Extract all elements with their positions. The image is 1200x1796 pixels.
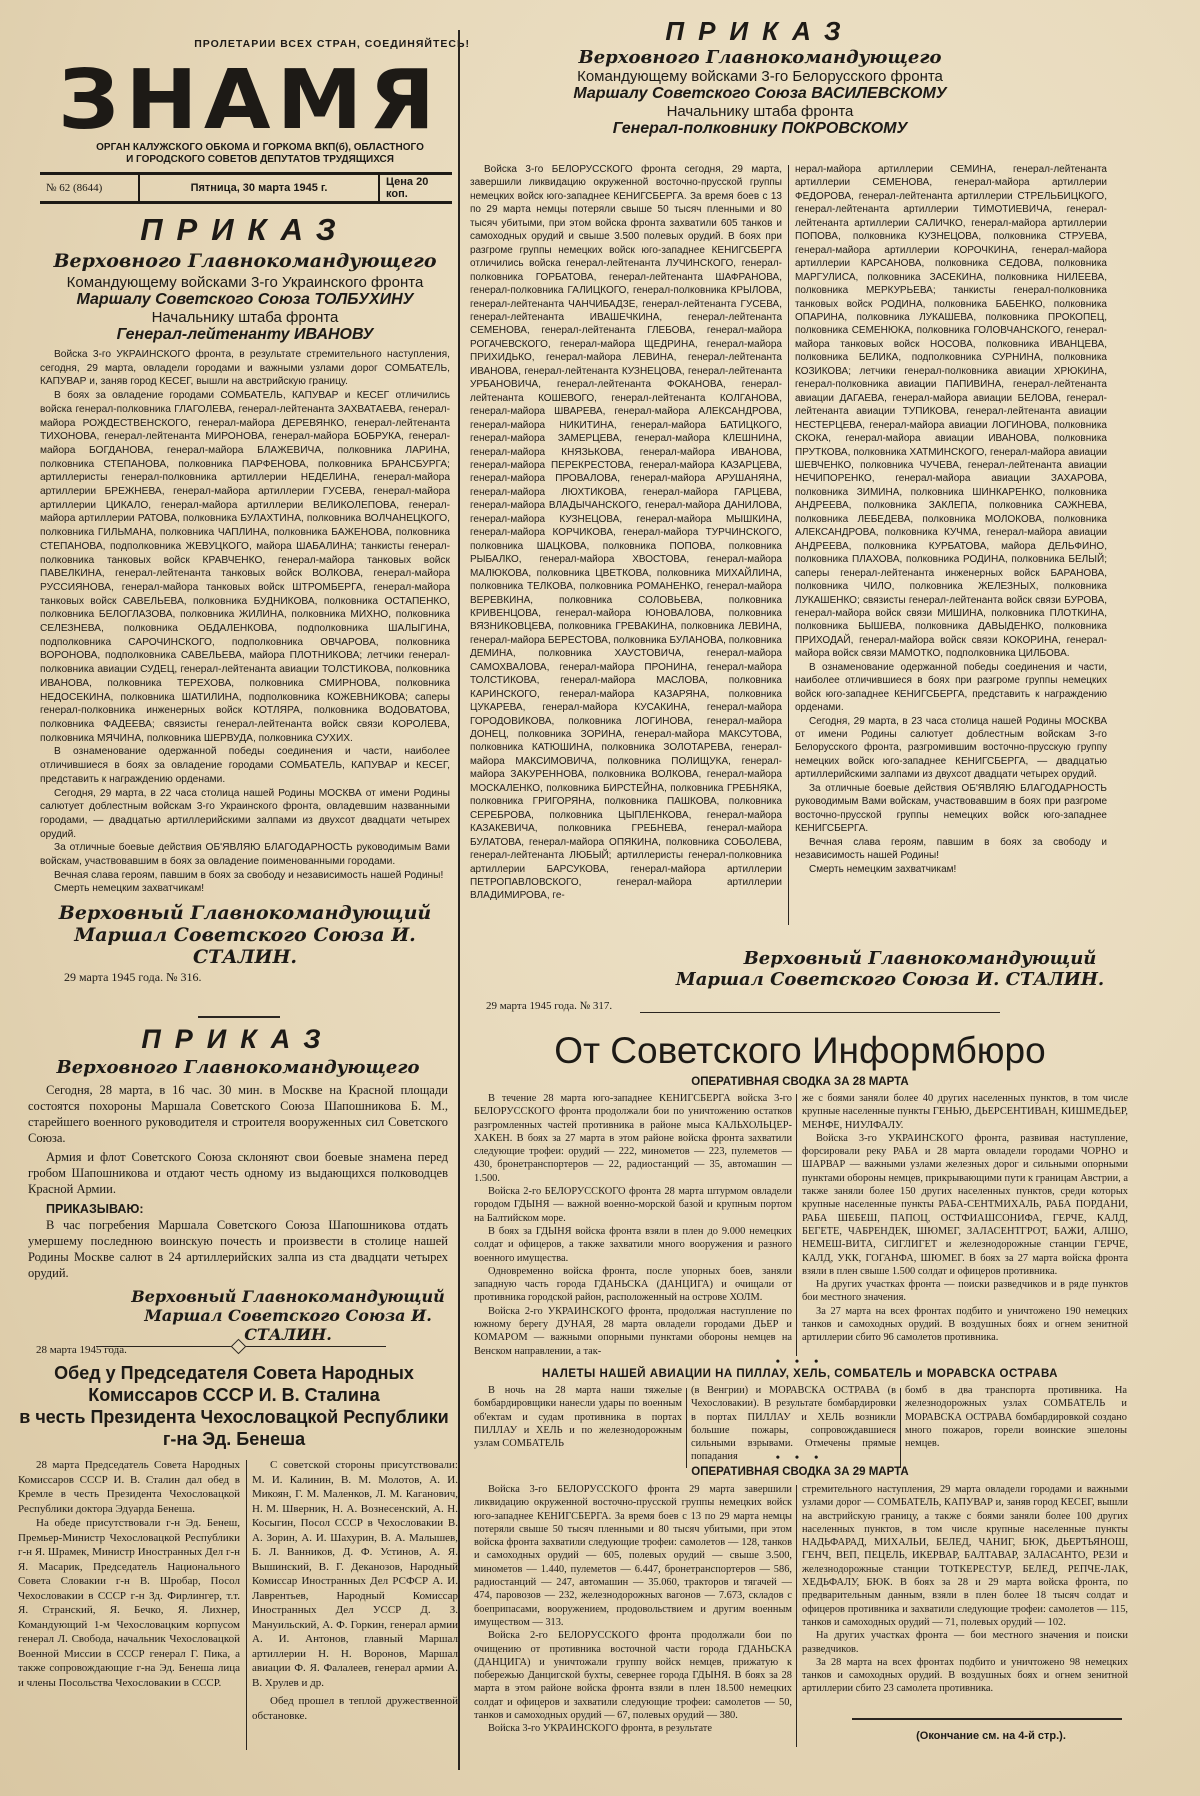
order-316-para-5: За отличные боевые действия ОБ'ЯВЛЯЮ БЛА…	[40, 841, 450, 868]
dinner-col-2: С советской стороны присутствовали: М. И…	[252, 1458, 458, 1723]
dinner-headline-2: Комиссаров СССР И. В. Сталина	[14, 1384, 454, 1406]
order-317-addressee-2: Маршалу Советского Союза ВАСИЛЕВСКОМУ	[350, 85, 1170, 103]
order-317-addressee-1: Командующему войсками 3-го Белорусского …	[350, 68, 1170, 85]
organ-line-2: И ГОРОДСКОГО СОВЕТОВ ДЕПУТАТОВ ТРУДЯЩИХС…	[60, 154, 460, 166]
dinner-headline-1: Обед у Председателя Совета Народных	[14, 1362, 454, 1384]
order-316-para-4: Сегодня, 29 марта, в 22 часа столица наш…	[40, 787, 450, 842]
summary-28-para-5: Войска 2-го УКРАИНСКОГО фронта, продолжа…	[474, 1305, 792, 1358]
order-316-kicker: ПРИКАЗ	[40, 212, 450, 248]
dinner-col-1: 28 марта Председатель Совета Народных Ко…	[18, 1458, 240, 1690]
order-shaposhnikov-body: Сегодня, 28 марта, в 16 час. 30 мин. в М…	[28, 1082, 448, 1281]
order-317-kicker: ПРИКАЗ	[350, 16, 1170, 47]
issue-date: Пятница, 30 марта 1945 г.	[138, 175, 378, 201]
raids-title: НАЛЕТЫ НАШЕЙ АВИАЦИИ НА ПИЛЛАУ, ХЕЛЬ, СО…	[470, 1368, 1130, 1380]
order-317-signature-name: Маршал Советского Союза И. СТАЛИН.	[660, 969, 1120, 990]
summary-28-para-8: На других участках фронта — поиски разве…	[802, 1278, 1128, 1305]
order-317-col-2: нерал-майора артиллерии СЕМИНА, генерал-…	[795, 163, 1107, 941]
summary-28-column-rule	[796, 1094, 797, 1356]
section-dots: • • •	[470, 1450, 1130, 1465]
order-316-addressee-3: Начальнику штаба фронта	[40, 309, 450, 326]
order-shaposhnikov-signature-title: Верховный Главнокомандующий	[128, 1287, 448, 1306]
summary-29-para-4: стремительного наступления, 29 марта овл…	[802, 1483, 1128, 1629]
summary-29-para-2: Войска 2-го БЕЛОРУССКОГО фронта продолжа…	[474, 1629, 792, 1722]
diamond-separator	[96, 1340, 386, 1352]
order-shaposhnikov: ПРИКАЗ Верховного Главнокомандующего Сег…	[28, 1024, 448, 1356]
summary-28-title: ОПЕРАТИВНАЯ СВОДКА ЗА 28 МАРТА	[470, 1076, 1130, 1088]
order-316-signature-title: Верховный Главнокомандующий	[40, 902, 450, 924]
continued-note: (Окончание см. на 4-й стр.).	[860, 1730, 1122, 1742]
order-shaposhnikov-kicker: ПРИКАЗ	[28, 1024, 448, 1055]
summary-29-col-1: Войска 3-го БЕЛОРУССКОГО фронта 29 марта…	[474, 1483, 792, 1753]
order-shaposhnikov-subtitle: Верховного Главнокомандующего	[28, 1057, 448, 1078]
order-316: ПРИКАЗ Верховного Главнокомандующего Ком…	[40, 212, 450, 985]
issue-number: № 62 (8644)	[40, 175, 138, 201]
summary-29-title: ОПЕРАТИВНАЯ СВОДКА ЗА 29 МАРТА	[470, 1466, 1130, 1478]
order-316-addressee-2: Маршалу Советского Союза ТОЛБУХИНУ	[40, 291, 450, 309]
order-317-col-1: Войска 3-го БЕЛОРУССКОГО фронта сегодня,…	[470, 163, 782, 923]
dinner-article: Обед у Председателя Совета Народных Коми…	[14, 1362, 454, 1450]
summary-29-column-rule	[796, 1485, 797, 1747]
dinner-column-rule	[246, 1460, 247, 1750]
order-317-para-1: Войска 3-го БЕЛОРУССКОГО фронта сегодня,…	[470, 163, 782, 903]
informburo-headline: От Советского Информбюро	[470, 1030, 1130, 1072]
dinner-para-1: 28 марта Председатель Совета Народных Ко…	[18, 1458, 240, 1516]
order-317-dateline: 29 марта 1945 года. № 317.	[486, 1000, 612, 1012]
dinner-para-3: С советской стороны присутствовали: М. И…	[252, 1458, 458, 1690]
summary-28-para-2: Войска 2-го БЕЛОРУССКОГО фронта 28 марта…	[474, 1185, 792, 1225]
summary-28-para-6: же с боями заняли более 40 других населе…	[802, 1092, 1128, 1132]
order-316-para-2: В боях за овладение городами СОМБАТЕЛЬ, …	[40, 389, 450, 745]
organ-line-1: ОРГАН КАЛУЖСКОГО ОБКОМА И ГОРКОМА ВКП(б)…	[60, 142, 460, 154]
order-317-column-rule	[788, 165, 789, 925]
order-316-dateline: 29 марта 1945 года. № 316.	[64, 970, 450, 985]
summary-28-para-3: В боях за ГДЫНЯ войска фронта взяли в пл…	[474, 1225, 792, 1265]
order-317-para-4: Сегодня, 29 марта, в 23 часа столица наш…	[795, 715, 1107, 782]
summary-29-para-1: Войска 3-го БЕЛОРУССКОГО фронта 29 марта…	[474, 1483, 792, 1629]
order-316-para-1: Войска 3-го УКРАИНСКОГО фронта, в резуль…	[40, 348, 450, 389]
summary-29-para-3: Войска 3-го УКРАИНСКОГО фронта, в резуль…	[474, 1722, 792, 1735]
separator	[852, 1718, 1122, 1720]
order-317-header: ПРИКАЗ Верховного Главнокомандующего Ком…	[470, 16, 1170, 138]
order-316-body: Войска 3-го УКРАИНСКОГО фронта, в резуль…	[40, 348, 450, 896]
order-317-para-5: За отличные боевые действия ОБ'ЯВЛЯЮ БЛА…	[795, 782, 1107, 836]
dinner-headline-4: г-на Эд. Бенеша	[14, 1428, 454, 1450]
dinner-headline-3: в честь Президента Чехословацкой Республ…	[14, 1406, 454, 1428]
order-317-para-6: Вечная слава героям, павшим в боях за св…	[795, 836, 1107, 863]
order-shaposhnikov-para-3: В час погребения Маршала Советского Союз…	[28, 1217, 448, 1281]
raids-para-1: В ночь на 28 марта наши тяжелые бомбарди…	[474, 1384, 682, 1450]
order-317-subtitle: Верховного Главнокомандующего	[350, 47, 1170, 68]
summary-29-para-6: За 28 марта на всех фронтах подбито и ун…	[802, 1656, 1128, 1696]
summary-28-para-4: Одновременно войска фронта, после упорны…	[474, 1265, 792, 1305]
issue-price: Цена 20 коп.	[378, 175, 452, 201]
summary-28-para-7: Войска 3-го УКРАИНСКОГО фронта, развивая…	[802, 1132, 1128, 1278]
order-316-para-7: Смерть немецким захватчикам!	[40, 882, 450, 896]
order-shaposhnikov-para-2: Армия и флот Советского Союза склоняют с…	[28, 1149, 448, 1197]
order-shaposhnikov-signature-name: Маршал Советского Союза И. СТАЛИН.	[128, 1306, 448, 1344]
separator	[198, 1016, 280, 1018]
summary-28-para-1: В течение 28 марта юго-западнее КЕНИГСБЕ…	[474, 1092, 792, 1185]
order-317-addressee-4: Генерал-полковнику ПОКРОВСКОМУ	[350, 120, 1170, 138]
summary-29-para-5: На других участках фронта — бои местного…	[802, 1629, 1128, 1656]
dinner-para-4: Обед прошел в теплой дружественной обста…	[252, 1694, 458, 1723]
separator	[640, 1012, 1000, 1013]
order-shaposhnikov-command: ПРИКАЗЫВАЮ:	[28, 1201, 448, 1217]
raids-para-3: бомб в два транспорта противника. На жел…	[905, 1384, 1127, 1450]
order-317-para-7: Смерть немецким захватчикам!	[795, 863, 1107, 876]
summary-29-col-2: стремительного наступления, 29 марта овл…	[802, 1483, 1128, 1715]
issue-bar: № 62 (8644) Пятница, 30 марта 1945 г. Це…	[40, 172, 452, 204]
summary-28-col-1: В течение 28 марта юго-западнее КЕНИГСБЕ…	[474, 1092, 792, 1360]
summary-28-para-9: За 27 марта на всех фронтах подбито и ун…	[802, 1305, 1128, 1345]
order-316-subtitle: Верховного Главнокомандующего	[40, 250, 450, 272]
order-317-signature: Верховный Главнокомандующий Маршал Совет…	[720, 948, 1120, 990]
dinner-para-2: На обеде присутствовали г-н Эд. Бенеш, П…	[18, 1516, 240, 1690]
order-317-addressee-3: Начальнику штаба фронта	[350, 103, 1170, 120]
section-dots: • • •	[470, 1354, 1130, 1369]
order-317-para-2: нерал-майора артиллерии СЕМИНА, генерал-…	[795, 163, 1107, 661]
organ-line: ОРГАН КАЛУЖСКОГО ОБКОМА И ГОРКОМА ВКП(б)…	[60, 142, 460, 166]
order-316-addressee-4: Генерал-лейтенанту ИВАНОВУ	[40, 326, 450, 344]
order-shaposhnikov-para-1: Сегодня, 28 марта, в 16 час. 30 мин. в М…	[28, 1082, 448, 1146]
order-316-para-6: Вечная слава героям, павшим в боях за св…	[40, 869, 450, 883]
order-317-para-3: В ознаменование одержанной победы соедин…	[795, 661, 1107, 715]
order-317-signature-title: Верховный Главнокомандующий	[720, 948, 1120, 969]
column-rule-main	[458, 30, 460, 1770]
order-316-addressee-1: Командующему войсками 3-го Украинского ф…	[40, 274, 450, 291]
order-316-para-3: В ознаменование одержанной победы соедин…	[40, 745, 450, 786]
order-316-signature-name: Маршал Советского Союза И. СТАЛИН.	[40, 924, 450, 968]
summary-28-col-2: же с боями заняли более 40 других населе…	[802, 1092, 1128, 1360]
